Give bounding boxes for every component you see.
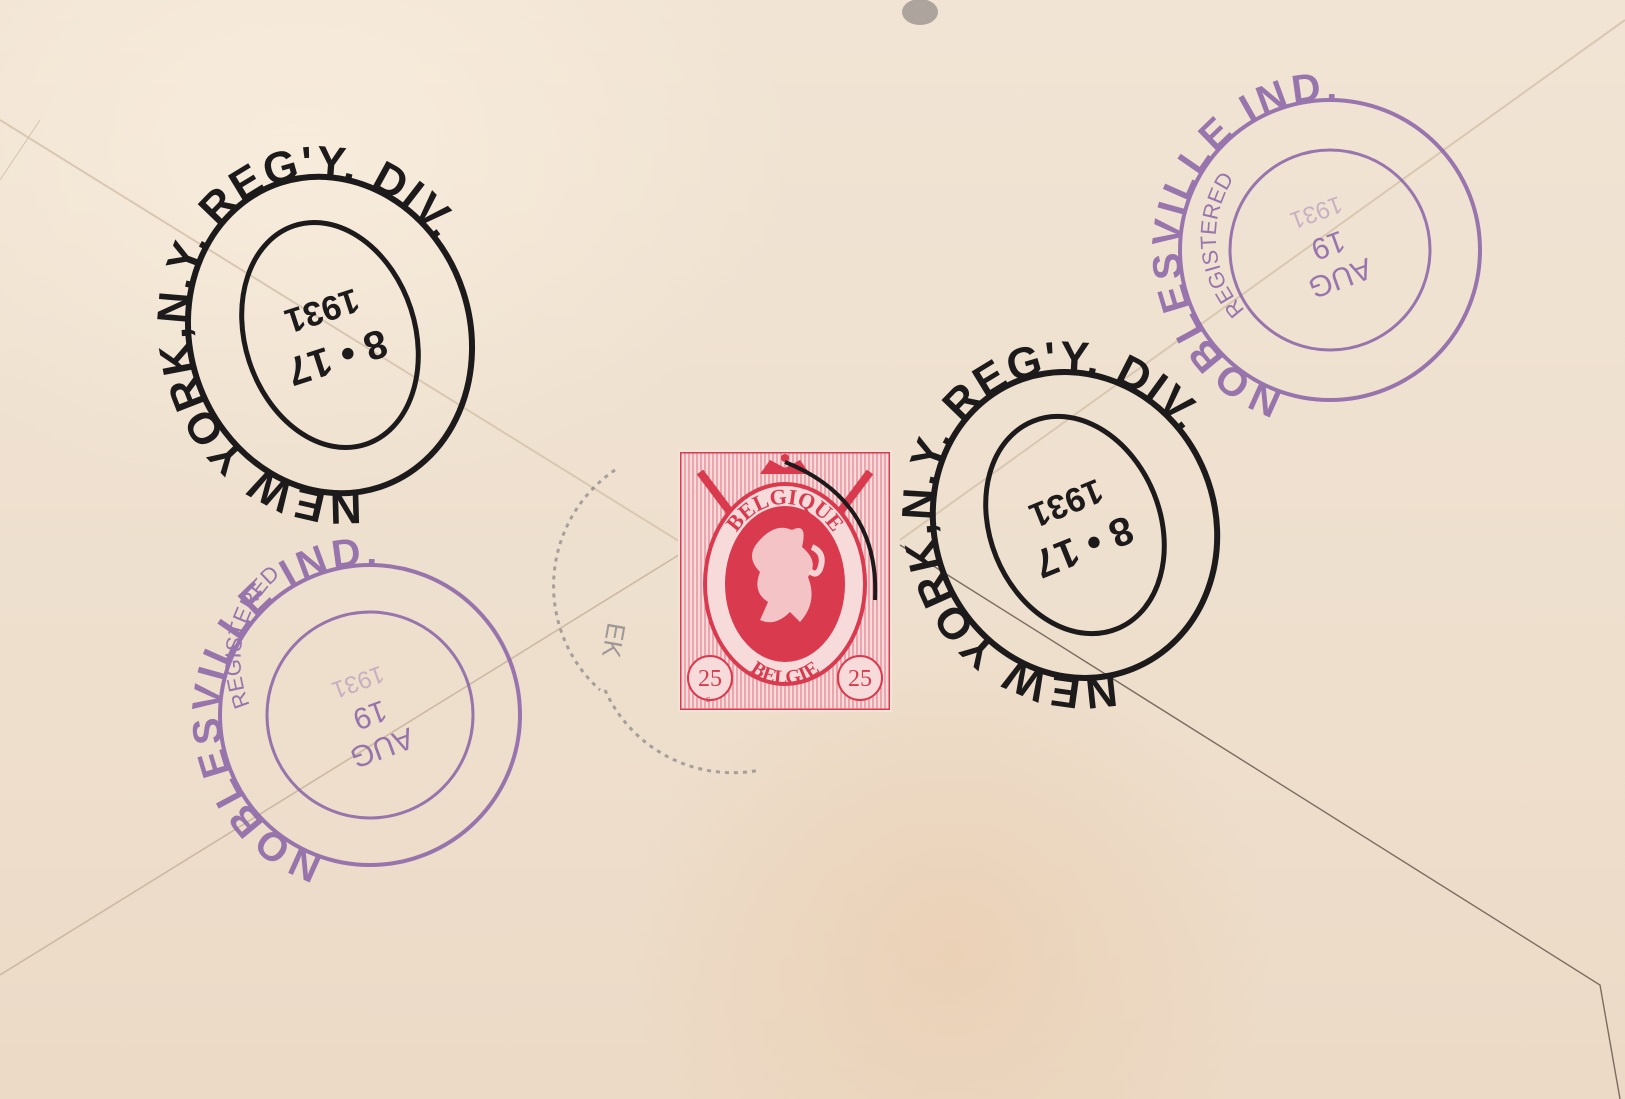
postmarks-layer: NEW YORK,N.Y. REG'Y. DIV. 8 • 17 1931 NE… (0, 0, 1625, 1099)
nob-tr-registered: REGISTERED (1196, 168, 1249, 323)
postmark-noblesville-top-right: NOBLESVILLE IND. REGISTERED AUG 19 1931 (1144, 64, 1480, 425)
postmark-new-york-right: NEW YORK,N.Y. REG'Y. DIV. 8 • 17 1931 (836, 280, 1307, 771)
svg-text:NEW YORK,N.Y. REG'Y. DIV.: NEW YORK,N.Y. REG'Y. DIV. (98, 93, 551, 578)
envelope-back: EK (0, 0, 1625, 1099)
postmark-noblesville-bottom-left: NOBLESVILLE IND. REGISTERED AUG 19 1931 (184, 529, 520, 890)
postmark-new-york-left: NEW YORK,N.Y. REG'Y. DIV. 8 • 17 1931 (98, 93, 551, 578)
svg-text:REGISTERED: REGISTERED (1196, 168, 1249, 323)
ny-left-ring-text: NEW YORK,N.Y. REG'Y. DIV. (98, 93, 551, 578)
stamp-cancel-arc (785, 462, 875, 600)
nob-bl-month: AUG (346, 721, 418, 774)
ny-right-ring-text: NEW YORK,N.Y. REG'Y. DIV. (836, 280, 1307, 771)
svg-text:NEW YORK,N.Y. REG'Y. DIV.: NEW YORK,N.Y. REG'Y. DIV. (836, 280, 1307, 771)
nob-tr-month: AUG (1304, 251, 1376, 304)
